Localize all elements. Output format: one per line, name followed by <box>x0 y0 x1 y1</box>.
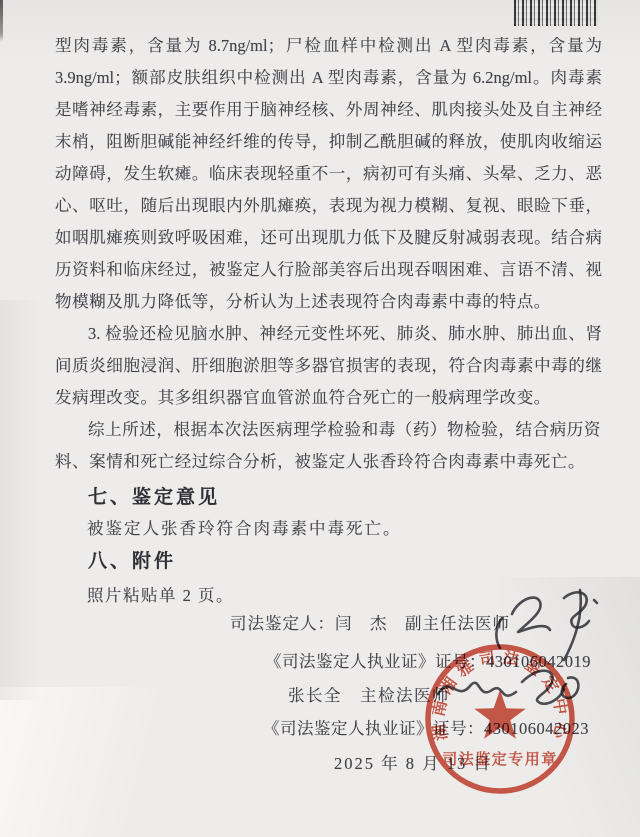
body-line: 料、案情和死亡经过综合分析，被鉴定人张香玲符合肉毒素中毒死亡。 <box>55 446 602 478</box>
body-line: 末梢，阻断胆碱能神经纤维的传导，抑制乙酰胆碱的释放，使肌肉收缩运 <box>55 126 602 158</box>
scanned-document-page: 型肉毒素，含量为 8.7ng/ml；尸检血样中检测出 A 型肉毒素，含量为 3.… <box>0 0 640 837</box>
body-line: 3. 检验还检见脑水肿、神经元变性坏死、肺炎、肺水肿、肺出血、肾 <box>55 318 602 350</box>
opinion-text: 被鉴定人张香玲符合肉毒素中毒死亡。 <box>87 515 402 539</box>
body-line: 如咽肌瘫痪则致呼吸困难，还可出现肌力低下及腱反射减弱表现。结合病 <box>55 222 602 254</box>
body-line: 历资料和临床经过，被鉴定人行脸部美容后出现吞咽困难、言语不清、视 <box>55 254 602 286</box>
qr-noise-block <box>514 0 598 26</box>
scan-edge-artifact <box>0 0 3 42</box>
paper-shading-left <box>0 300 40 700</box>
body-text: 型肉毒素，含量为 8.7ng/ml；尸检血样中检测出 A 型肉毒素，含量为 3.… <box>55 30 602 478</box>
attachment-text: 照片粘贴单 2 页。 <box>87 582 234 606</box>
body-line: 3.9ng/ml；额部皮肤组织中检测出 A 型肉毒素，含量为 6.2ng/ml。… <box>55 62 602 94</box>
body-line: 是嗜神经毒素，主要作用于脑神经核、外周神经、肌肉接头处及自主神经 <box>55 94 602 126</box>
body-line: 型肉毒素，含量为 8.7ng/ml；尸检血样中检测出 A 型肉毒素，含量为 <box>55 30 602 62</box>
body-line: 发病理改变。其多组织器官血管淤血符合死亡的一般病理学改变。 <box>55 382 602 414</box>
section-heading-opinion: 七、鉴定意见 <box>88 482 220 509</box>
appraiser-1-line: 司法鉴定人：闫 杰 副主任法医师 <box>230 610 510 634</box>
paper-shading-bottom-left <box>0 687 360 837</box>
body-line: 综上所述，根据本次法医病理学检验和毒（药）物检验，结合病历资 <box>55 414 602 446</box>
official-seal: 湖南湘雅司法鉴定中心 司法鉴定专用章 <box>420 636 582 802</box>
seal-label: 司法鉴定专用章 <box>442 750 558 768</box>
seal-star-icon <box>474 690 525 739</box>
body-line: 心、呕吐，随后出现眼内外肌瘫痪，表现为视力模糊、复视、眼睑下垂， <box>55 190 602 222</box>
body-line: 间质炎细胞浸润、肝细胞淤胆等多器官损害的表现，符合肉毒素中毒的继 <box>55 350 602 382</box>
body-line: 动障碍，发生软瘫。临床表现轻重不一，病初可有头痛、头晕、乏力、恶 <box>55 158 602 190</box>
body-line: 物模糊及肌力降低等，分析认为上述表现符合肉毒素中毒的特点。 <box>55 286 602 318</box>
section-heading-attachment: 八、附件 <box>88 546 176 573</box>
